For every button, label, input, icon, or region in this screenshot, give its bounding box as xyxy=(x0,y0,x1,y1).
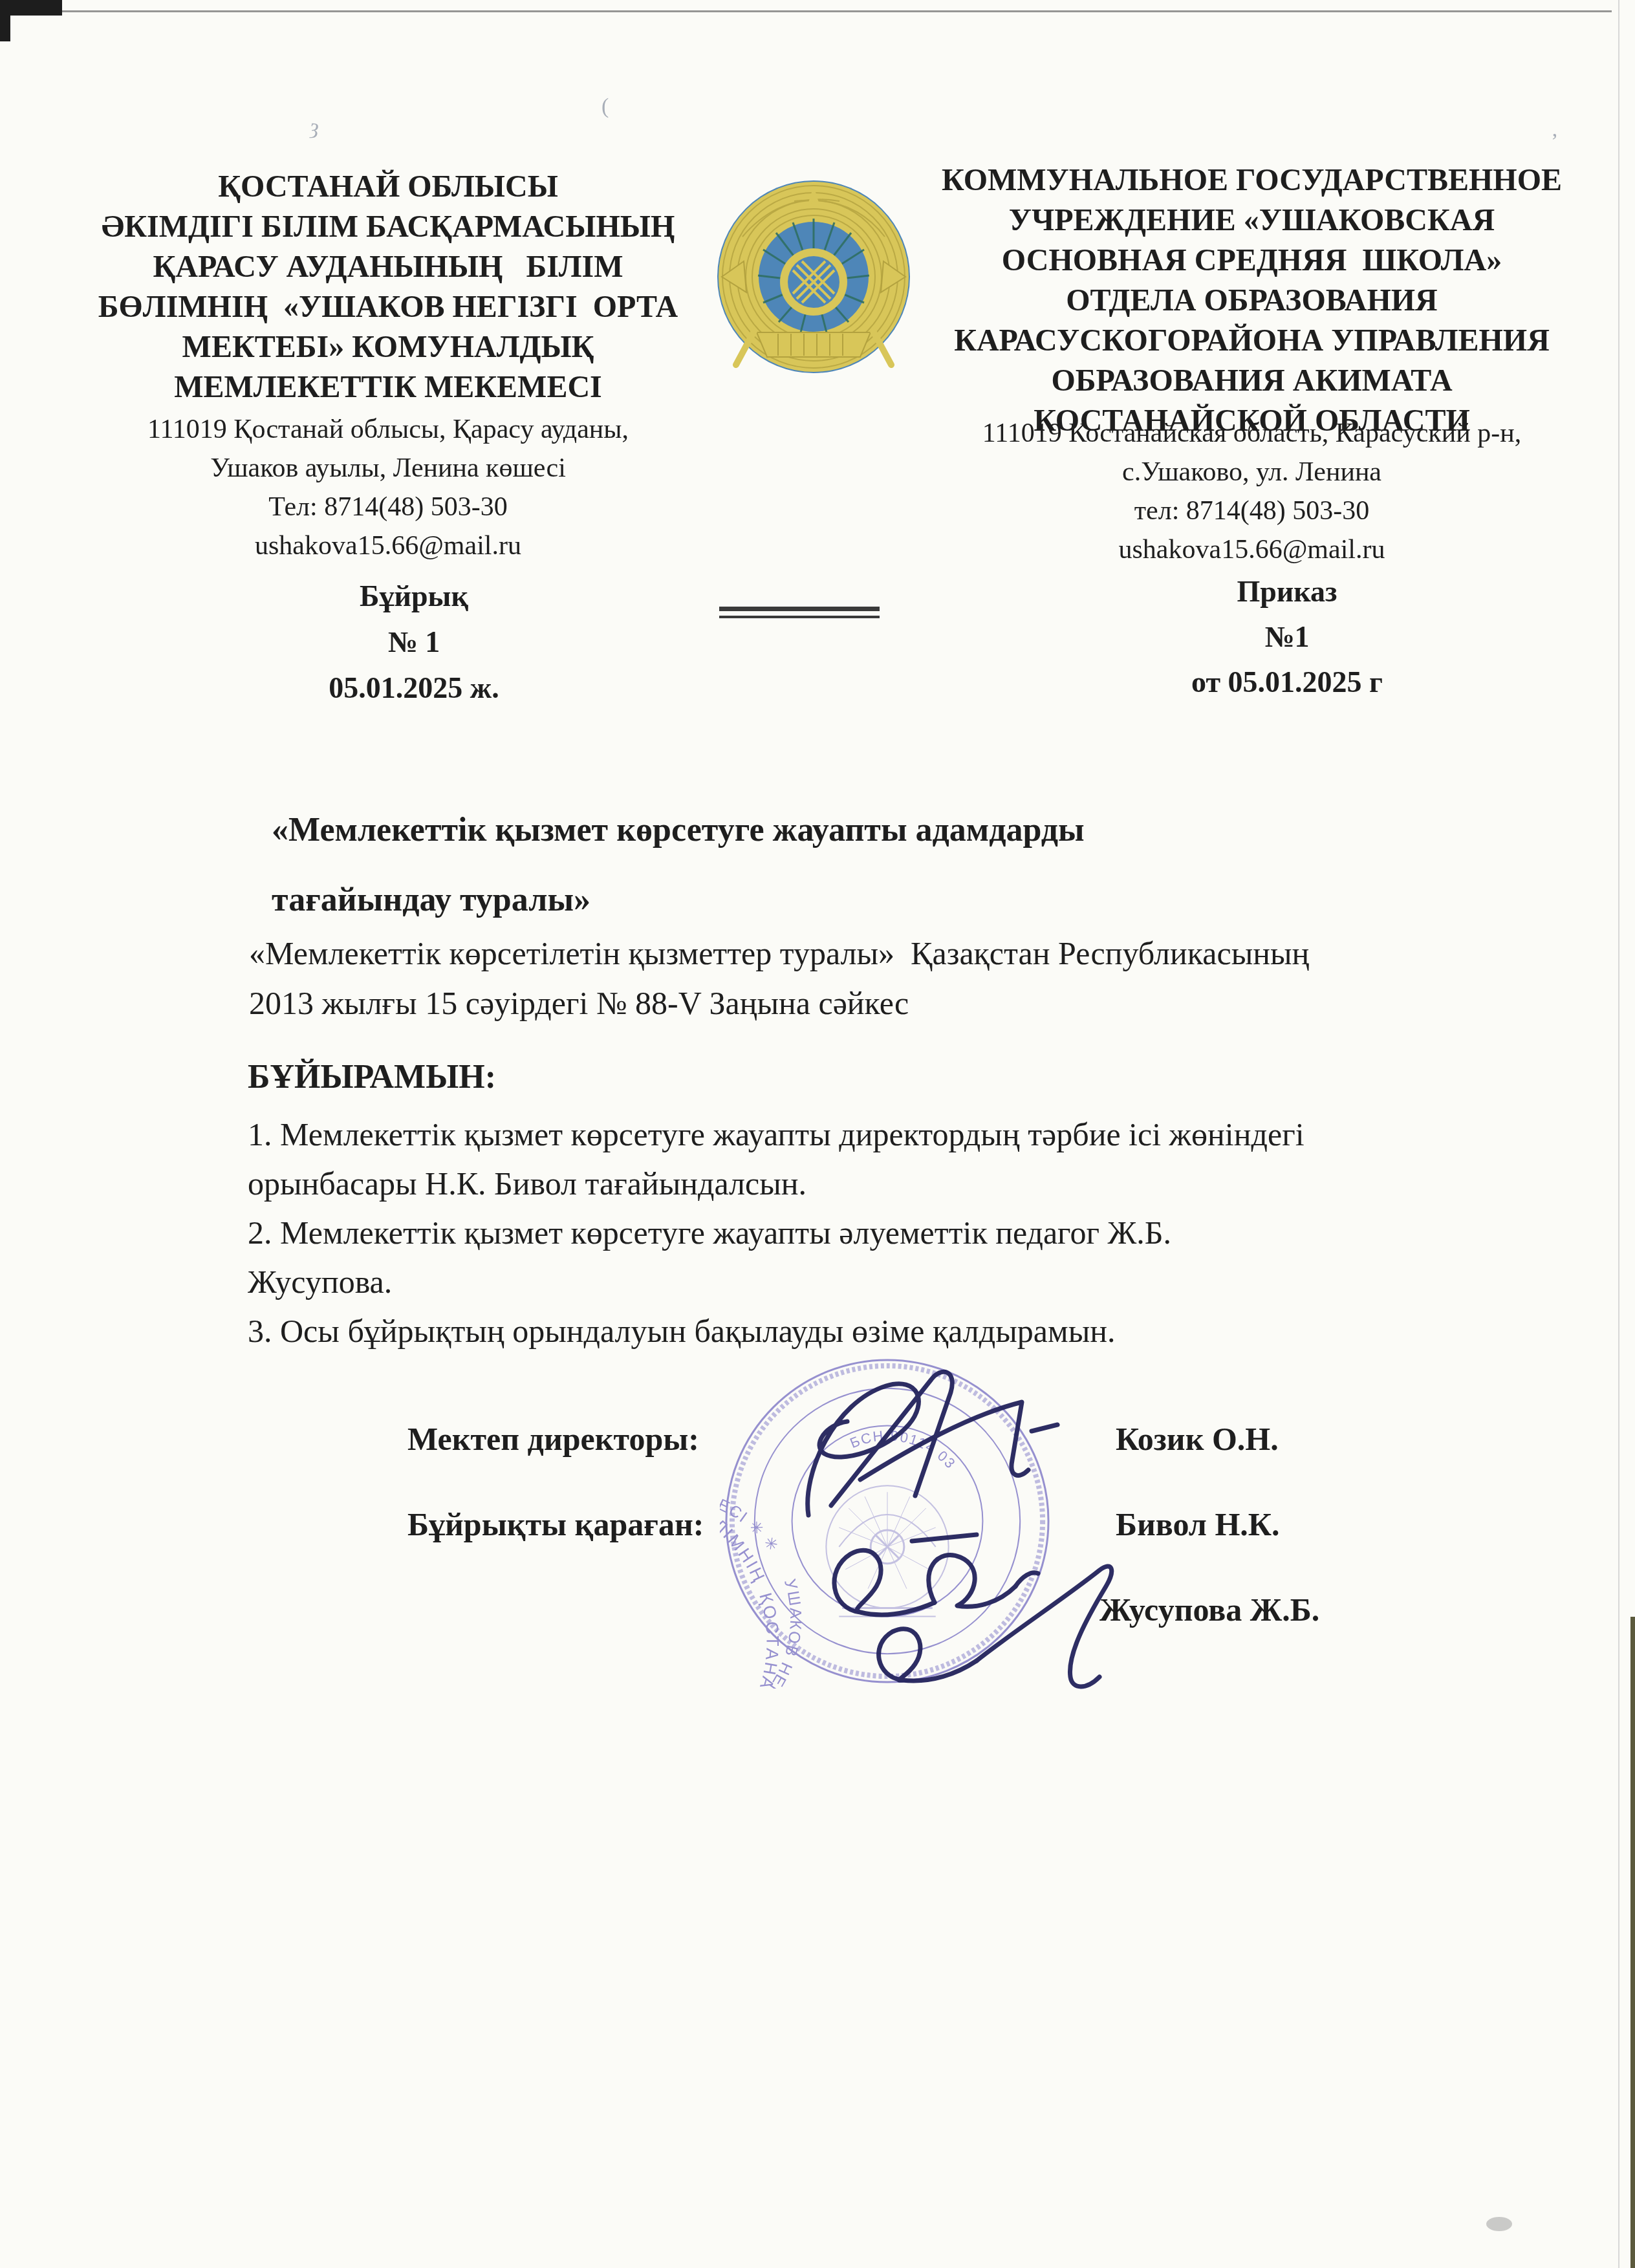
letterhead-kazakh-line: ҚОСТАНАЙ ОБЛЫСЫ xyxy=(97,167,679,207)
contact-line: Тел: 8714(48) 503-30 xyxy=(97,488,679,526)
order-heading-kazakh: Бұйрық № 1 05.01.2025 ж. xyxy=(259,573,569,711)
letterhead-kazakh-line: ҚАРАСУ АУДАНЫНЫҢ БІЛІМ xyxy=(97,247,679,287)
contact-block-russian: 111019 Костанайская область, Карасуский … xyxy=(898,414,1606,569)
divider-double-line xyxy=(719,607,880,618)
scan-speck-1: ȝ xyxy=(309,114,321,140)
legal-basis-line: 2013 жылғы 15 сәуірдегі № 88-V Заңына сә… xyxy=(249,978,1500,1028)
resolution-line: 1. Мемлекеттік қызмет көрсетуге жауапты … xyxy=(248,1110,1502,1159)
order-subject: «Мемлекеттік қызмет көрсетуге жауапты ад… xyxy=(272,795,1371,935)
scan-corner-dark-2 xyxy=(0,0,10,41)
resolution-line: Жусупова. xyxy=(248,1257,1502,1306)
contact-email: ushakova15.66@mail.ru xyxy=(898,530,1606,569)
contact-line: Ушаков ауылы, Ленина көшесі xyxy=(97,449,679,488)
letterhead-kazakh-line: БӨЛІМНІҢ «УШАКОВ НЕГІЗГІ ОРТА xyxy=(97,287,679,327)
contact-line: тел: 8714(48) 503-30 xyxy=(898,491,1606,530)
resolution-items: 1. Мемлекеттік қызмет көрсетуге жауапты … xyxy=(248,1110,1502,1355)
order-number-ru: №1 xyxy=(1125,614,1449,660)
order-heading-russian: Приказ №1 от 05.01.2025 г xyxy=(1125,569,1449,705)
contact-email: ushakova15.66@mail.ru xyxy=(97,526,679,565)
resolution-heading: БҰЙЫРАМЫН: xyxy=(248,1058,496,1096)
kazakhstan-emblem-icon xyxy=(717,178,911,375)
letterhead-kazakh: ҚОСТАНАЙ ОБЛЫСЫ ӘКІМДІГІ БІЛІМ БАСҚАРМАС… xyxy=(97,167,679,407)
contact-line: с.Ушаково, ул. Ленина xyxy=(898,453,1606,491)
resolution-line: 3. Осы бұйрықтың орындалуын бақылауды өз… xyxy=(248,1306,1502,1355)
letterhead-kazakh-line: ӘКІМДІГІ БІЛІМ БАСҚАРМАСЫНЫҢ xyxy=(97,207,679,247)
contact-block-kazakh: 111019 Қостанай облысы, Қарасу ауданы, У… xyxy=(97,410,679,565)
scan-edge-right-line xyxy=(1618,0,1619,2268)
letterhead-kazakh-line: МЕКТЕБІ» КОМУНАЛДЫҚ xyxy=(97,327,679,367)
letterhead-russian: КОММУНАЛЬНОЕ ГОСУДАРСТВЕННОЕ УЧРЕЖДЕНИЕ … xyxy=(898,160,1606,441)
scan-smudge xyxy=(1486,2217,1512,2231)
handwritten-signatures xyxy=(763,1357,1138,1706)
letterhead-russian-line: УЧРЕЖДЕНИЕ «УШАКОВСКАЯ xyxy=(898,200,1606,241)
scan-edge-right-dark xyxy=(1630,1617,1635,2268)
order-label-kk: Бұйрық xyxy=(259,573,569,619)
resolution-line: орынбасары Н.К. Бивол тағайындалсын. xyxy=(248,1159,1502,1208)
order-label-ru: Приказ xyxy=(1125,569,1449,614)
scan-edge-top-line xyxy=(18,10,1612,12)
emblem-banner xyxy=(757,332,871,357)
order-number-kk: № 1 xyxy=(259,619,569,665)
order-date-ru: от 05.01.2025 г xyxy=(1125,660,1449,705)
order-subject-line: «Мемлекеттік қызмет көрсетуге жауапты ад… xyxy=(272,795,1371,865)
order-subject-line: тағайындау туралы» xyxy=(272,865,1371,935)
contact-line: 111019 Қостанай облысы, Қарасу ауданы, xyxy=(97,410,679,449)
order-date-kk: 05.01.2025 ж. xyxy=(259,665,569,711)
signature-label-reviewed: Бұйрықты қараған: xyxy=(407,1506,704,1543)
legal-basis-line: «Мемлекеттік көрсетілетін қызметтер тура… xyxy=(249,929,1500,978)
scanned-order-document: ȝ ( ’ ҚОСТАНАЙ ОБЛЫСЫ ӘКІМДІГІ БІЛІМ БАС… xyxy=(0,0,1635,2268)
letterhead-russian-line: КАРАСУСКОГОРАЙОНА УПРАВЛЕНИЯ xyxy=(898,321,1606,361)
signature-label-director: Мектеп директоры: xyxy=(407,1420,699,1458)
signature-name-bivol: Бивол Н.К. xyxy=(1116,1506,1280,1543)
signature-stroke-director xyxy=(808,1372,1057,1515)
legal-basis: «Мемлекеттік көрсетілетін қызметтер тура… xyxy=(249,929,1500,1028)
letterhead-russian-line: ОБРАЗОВАНИЯ АКИМАТА xyxy=(898,361,1606,401)
contact-line: 111019 Костанайская область, Карасуский … xyxy=(898,414,1606,453)
scan-speck-3: ’ xyxy=(1551,129,1558,154)
signature-name-director: Козик О.Н. xyxy=(1116,1420,1279,1458)
resolution-line: 2. Мемлекеттік қызмет көрсетуге жауапты … xyxy=(248,1208,1502,1257)
signature-stroke-bivol xyxy=(834,1535,1038,1615)
letterhead-russian-line: ОСНОВНАЯ СРЕДНЯЯ ШКОЛА» xyxy=(898,241,1606,281)
signature-stroke-zhusupova xyxy=(879,1566,1112,1687)
scan-speck-2: ( xyxy=(601,94,609,119)
letterhead-russian-line: КОММУНАЛЬНОЕ ГОСУДАРСТВЕННОЕ xyxy=(898,160,1606,200)
letterhead-russian-line: ОТДЕЛА ОБРАЗОВАНИЯ xyxy=(898,281,1606,321)
letterhead-kazakh-line: МЕМЛЕКЕТТІК МЕКЕМЕСІ xyxy=(97,367,679,407)
